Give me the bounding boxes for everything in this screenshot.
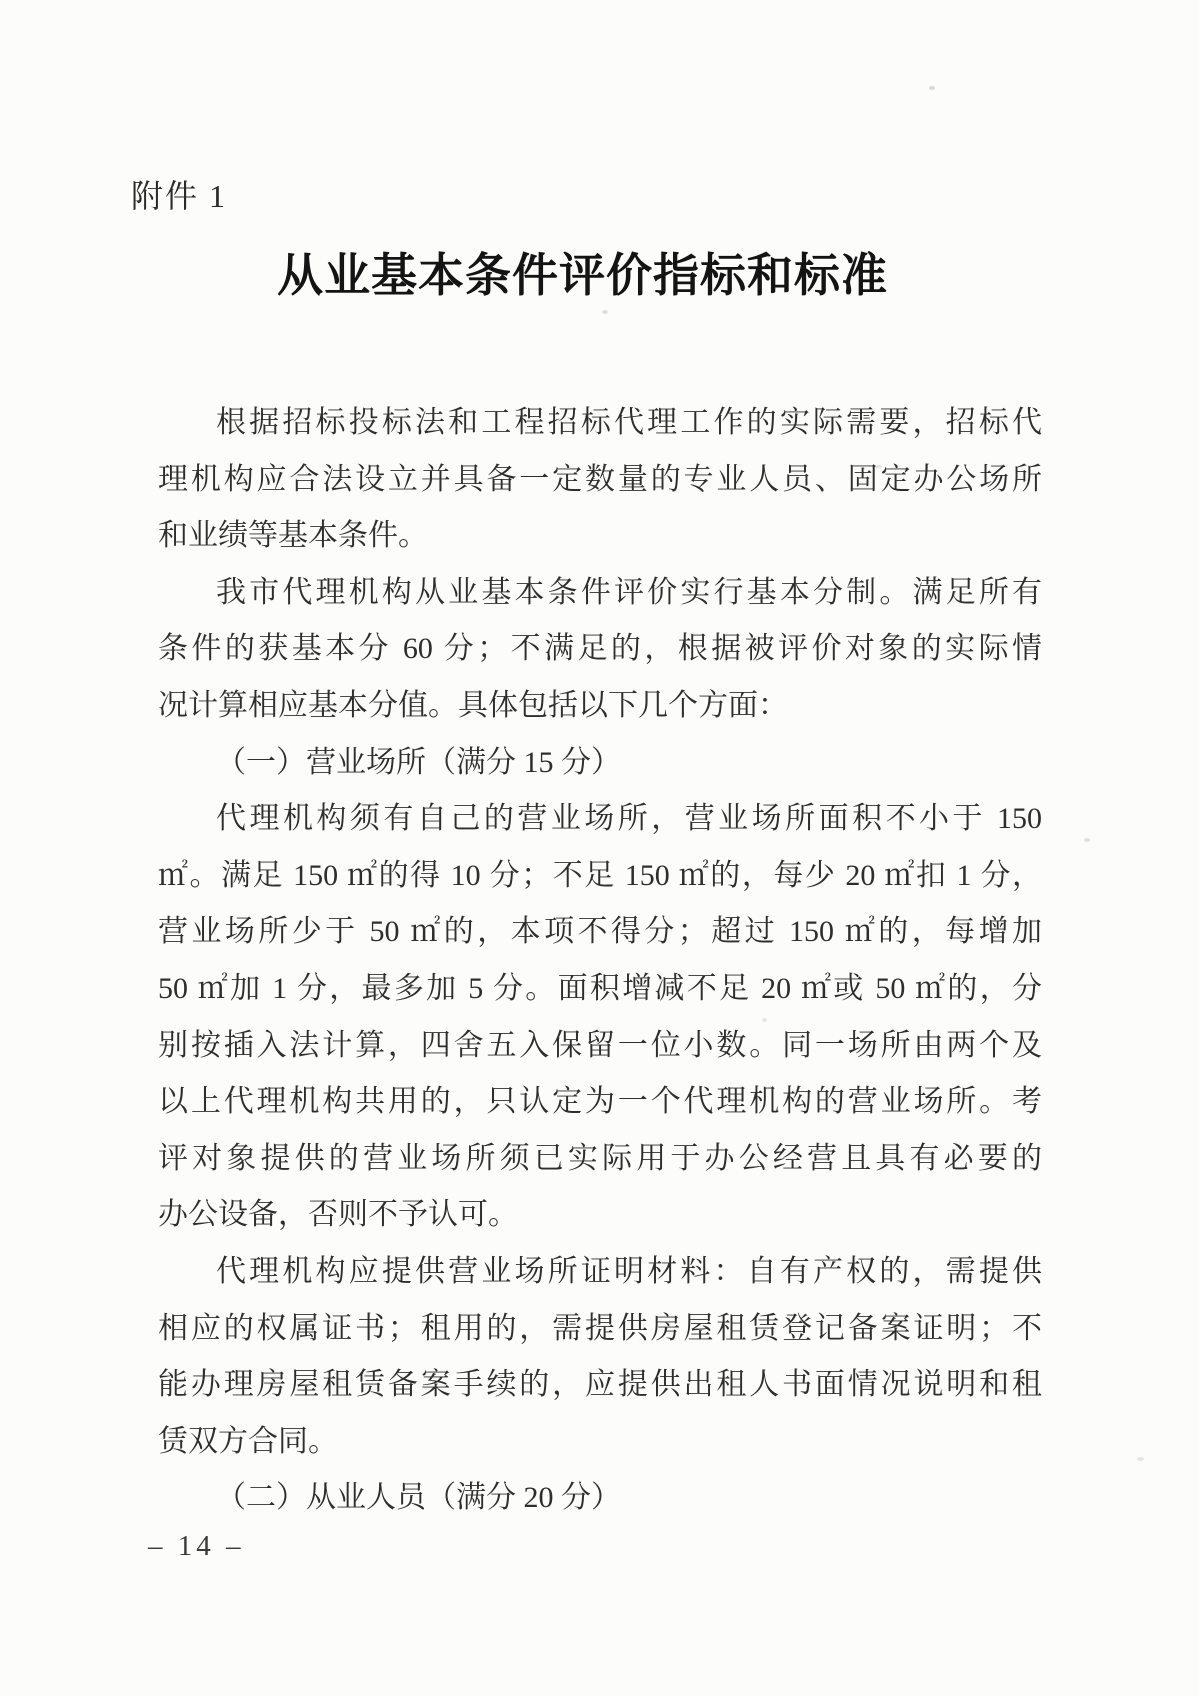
scan-speck (929, 86, 935, 90)
text-line: 况计算相应基本分值。具体包括以下几个方面： (158, 678, 1042, 735)
text-line: （一）营业场所（满分 15 分） (158, 735, 1042, 792)
page-number: – 14 – (148, 1528, 245, 1564)
text-line: 理机构应合法设立并具备一定数量的专业人员、固定办公场所 (158, 452, 1042, 509)
text-line: 能办理房屋租赁备案手续的，应提供出租人书面情况说明和租 (158, 1357, 1042, 1414)
scanned-document-page: 附件 1 从业基本条件评价指标和标准 根据招标投标法和工程招标代理工作的实际需要… (0, 0, 1199, 1696)
text-line: 我市代理机构从业基本条件评价实行基本分制。满足所有 (158, 565, 1042, 622)
text-line: 赁双方合同。 (158, 1414, 1042, 1471)
attachment-label: 附件 1 (131, 176, 227, 216)
text-line: ㎡。满足 150 ㎡的得 10 分；不足 150 ㎡的，每少 20 ㎡扣 1 分… (158, 848, 1042, 905)
text-line: 评对象提供的营业场所须已实际用于办公经营且具有必要的 (158, 1131, 1042, 1188)
scan-speck (762, 1018, 767, 1022)
scan-speck (875, 465, 882, 468)
text-line: 条件的获基本分 60 分；不满足的，根据被评价对象的实际情 (158, 621, 1042, 678)
text-line: 办公设备，否则不予认可。 (158, 1187, 1042, 1244)
text-line: 根据招标投标法和工程招标代理工作的实际需要，招标代 (158, 395, 1042, 452)
text-line: （二）从业人员（满分 20 分） (158, 1470, 1042, 1527)
text-line: 和业绩等基本条件。 (158, 508, 1042, 565)
text-line: 营业场所少于 50 ㎡的，本项不得分；超过 150 ㎡的，每增加 (158, 904, 1042, 961)
scan-speck (1084, 838, 1090, 842)
text-line: 相应的权属证书；租用的，需提供房屋租赁登记备案证明；不 (158, 1301, 1042, 1358)
text-line: 50 ㎡加 1 分，最多加 5 分。面积增减不足 20 ㎡或 50 ㎡的，分 (158, 961, 1042, 1018)
document-body: 根据招标投标法和工程招标代理工作的实际需要，招标代理机构应合法设立并具备一定数量… (158, 395, 1042, 1527)
text-line: 别按插入法计算，四舍五入保留一位小数。同一场所由两个及 (158, 1018, 1042, 1075)
document-title: 从业基本条件评价指标和标准 (0, 246, 1165, 306)
text-line: 代理机构须有自己的营业场所，营业场所面积不小于 150 (158, 791, 1042, 848)
text-line: 以上代理机构共用的，只认定为一个代理机构的营业场所。考 (158, 1074, 1042, 1131)
text-line: 代理机构应提供营业场所证明材料：自有产权的，需提供 (158, 1244, 1042, 1301)
scan-speck (602, 310, 608, 314)
scan-speck (1137, 1457, 1144, 1461)
